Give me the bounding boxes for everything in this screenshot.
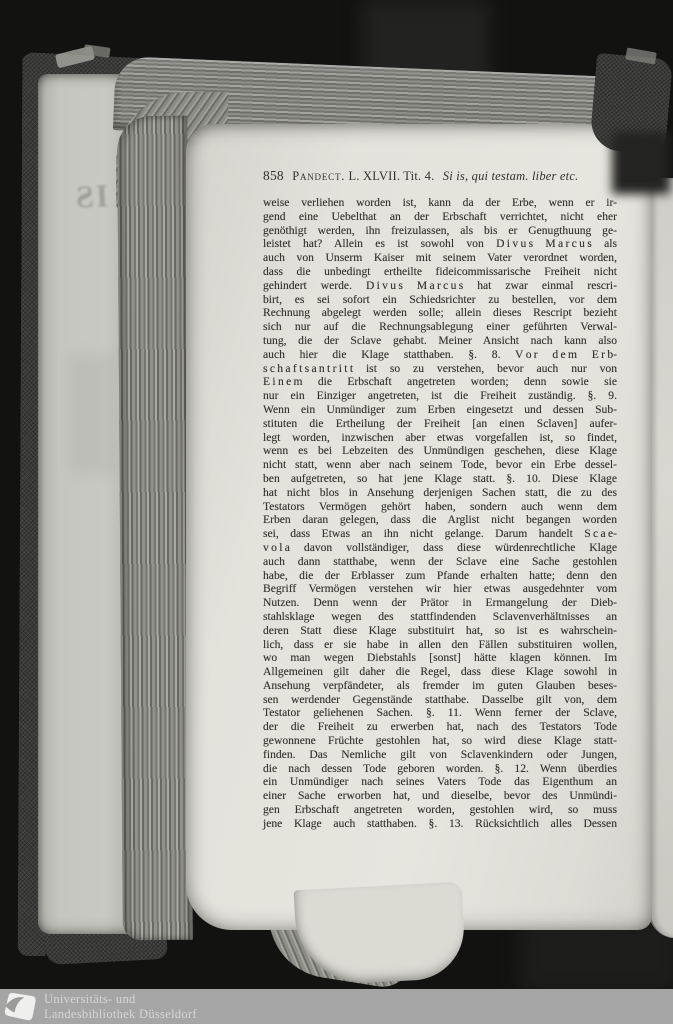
- page-text-line: sei, dass Etwas an ihn nicht gelange. Da…: [263, 527, 617, 541]
- page-text-line: gen Erbschaft angetreten worden, gestohl…: [263, 803, 617, 817]
- page-body-text: weise verliehen worden ist, kann da der …: [263, 196, 617, 831]
- page-text-line: s c h a f t s a n t r i t t ist so zu ve…: [263, 362, 617, 376]
- library-name-line1: Universitäts- und: [44, 992, 197, 1007]
- page-text-line: gewonnene Früchte gestohlen hat, so wird…: [263, 734, 617, 748]
- page-text-line: Rechnung abgelegt werden solle; allein d…: [263, 306, 617, 320]
- page-text-line: genöthigt werden, ihn freizulassen, als …: [263, 224, 617, 238]
- page-text-line: E i n e m die Erbschaft angetreten worde…: [263, 375, 617, 389]
- page-text-line: ben aufgetreten, so hat jene Klage statt…: [263, 472, 617, 486]
- page-text-line: v o l a davon vollständiger, dass diese …: [263, 541, 617, 555]
- page-text-line: Testators Vermögen gehört haben, sondern…: [263, 500, 617, 514]
- cover-corner-shadow: [612, 132, 670, 194]
- page-text-line: gehindert werde. D i v u s M a r c u s h…: [263, 279, 617, 293]
- page-text-line: deren Statt diese Klage substituirt hat,…: [263, 624, 617, 638]
- page-text-line: Testator geliehenen Sachen. §. 11. Wenn …: [263, 706, 617, 720]
- page-text-line: Begriff Vermögen verstehen wir hier etwa…: [263, 582, 617, 596]
- library-watermark-bar: Universitäts- und Landesbibliothek Düsse…: [0, 989, 673, 1024]
- page-text-line: auch hier die Klage statthaben. §. 8. V …: [263, 348, 617, 362]
- page-header: 858 Pandect. L. XLVII. Tit. 4. Si is, qu…: [263, 168, 617, 184]
- page-text-line: legt worden, inzwischen aber etwas vorge…: [263, 431, 617, 445]
- page-text-line: dass die unbedingt ertheilte fideicommis…: [263, 265, 617, 279]
- page-text-line: auch von Unserm Kaiser mit seinem Vater …: [263, 251, 617, 265]
- library-name: Universitäts- und Landesbibliothek Düsse…: [44, 992, 197, 1021]
- header-series-reference: L. XLVII. Tit. 4.: [349, 169, 435, 183]
- page-edges-left: [117, 116, 193, 940]
- ink-showthrough-smudge: [68, 354, 114, 474]
- page-text-line: wo man wegen Diebstahls [sonst] hätte kl…: [263, 651, 617, 665]
- page-text-line: weise verliehen worden ist, kann da der …: [263, 196, 617, 210]
- page-text-line: stahlsklage wegen des stattfindenden Scl…: [263, 610, 617, 624]
- library-logo-icon: [0, 989, 40, 1024]
- page-text-line: leistet hat? Allein es ist sowohl von D …: [263, 237, 617, 251]
- page-text-line: einer Sache erworben hat, und dieselbe, …: [263, 789, 617, 803]
- page-text-line: nur ein Einziger angetreten, ist die Fre…: [263, 389, 617, 403]
- page-text-line: gend eine Uebelthat an der Erbschaft ver…: [263, 210, 617, 224]
- printed-text-block: 858 Pandect. L. XLVII. Tit. 4. Si is, qu…: [263, 168, 617, 831]
- next-page-edge: [649, 178, 673, 938]
- page-text-line: hat nicht blos in Ansehung derjenigen Sa…: [263, 486, 617, 500]
- page-text-line: Erben daran gelegen, dass die Arglist ni…: [263, 513, 617, 527]
- page-text-line: nicht statt, wenn aber nach seinem Tode,…: [263, 458, 617, 472]
- page-text-line: jene Klage auch statthaben. §. 13. Rücks…: [263, 817, 617, 831]
- page-text-line: Wenn ein Unmündiger zum Erben eingesetzt…: [263, 403, 617, 417]
- page-text-line: auch dann statthabe, wenn der Sclave ein…: [263, 555, 617, 569]
- page-text-line: ein Unmündiger nach seines Vaters Tode d…: [263, 775, 617, 789]
- page-text-line: finden. Das Nemliche gilt von Sclavenkin…: [263, 748, 617, 762]
- page-text-line: lich, dass er sie habe in allen den Fäll…: [263, 638, 617, 652]
- page-text-line: die nach dessen Tode geboren worden. §. …: [263, 762, 617, 776]
- page-number: 858: [263, 168, 284, 183]
- page-text-line: stituten die Ertheilung der Freiheit [an…: [263, 417, 617, 431]
- library-name-line2: Landesbibliothek Düsseldorf: [44, 1007, 197, 1022]
- page-text-line: Allgemeinen gilt daher die Regel, dass d…: [263, 665, 617, 679]
- book-scan-photo: IS 858 Pandect. L. XLVII. Tit. 4. Si is,…: [0, 0, 673, 1024]
- page-text-line: Nutzen. Denn wenn der Prätor in Ermangel…: [263, 596, 617, 610]
- header-series-title: Pandect.: [292, 169, 345, 183]
- page-text-line: habe, die der Erblasser zum Pfande erhal…: [263, 569, 617, 583]
- page-text-line: birt, es sei sofort ein Schiedsrichter z…: [263, 293, 617, 307]
- page-text-line: wenn es bei Lebzeiten des Unmündigen ges…: [263, 444, 617, 458]
- page-text-line: sich nur auf die Rechnungsablegung einer…: [263, 320, 617, 334]
- ink-showthrough-text: IS: [73, 177, 109, 216]
- page-text-line: sen werdender Gegenstände statthabe. Das…: [263, 693, 617, 707]
- header-latin-title: Si is, qui testam. liber etc.: [443, 169, 579, 183]
- page-text-line: der die Freiheit zu erwerben hat, nach d…: [263, 720, 617, 734]
- page-text-line: Ansehung verpfändeter, als fremder im gu…: [263, 679, 617, 693]
- page-text-line: tung, die der Sclave gehabt. Meiner Ansi…: [263, 334, 617, 348]
